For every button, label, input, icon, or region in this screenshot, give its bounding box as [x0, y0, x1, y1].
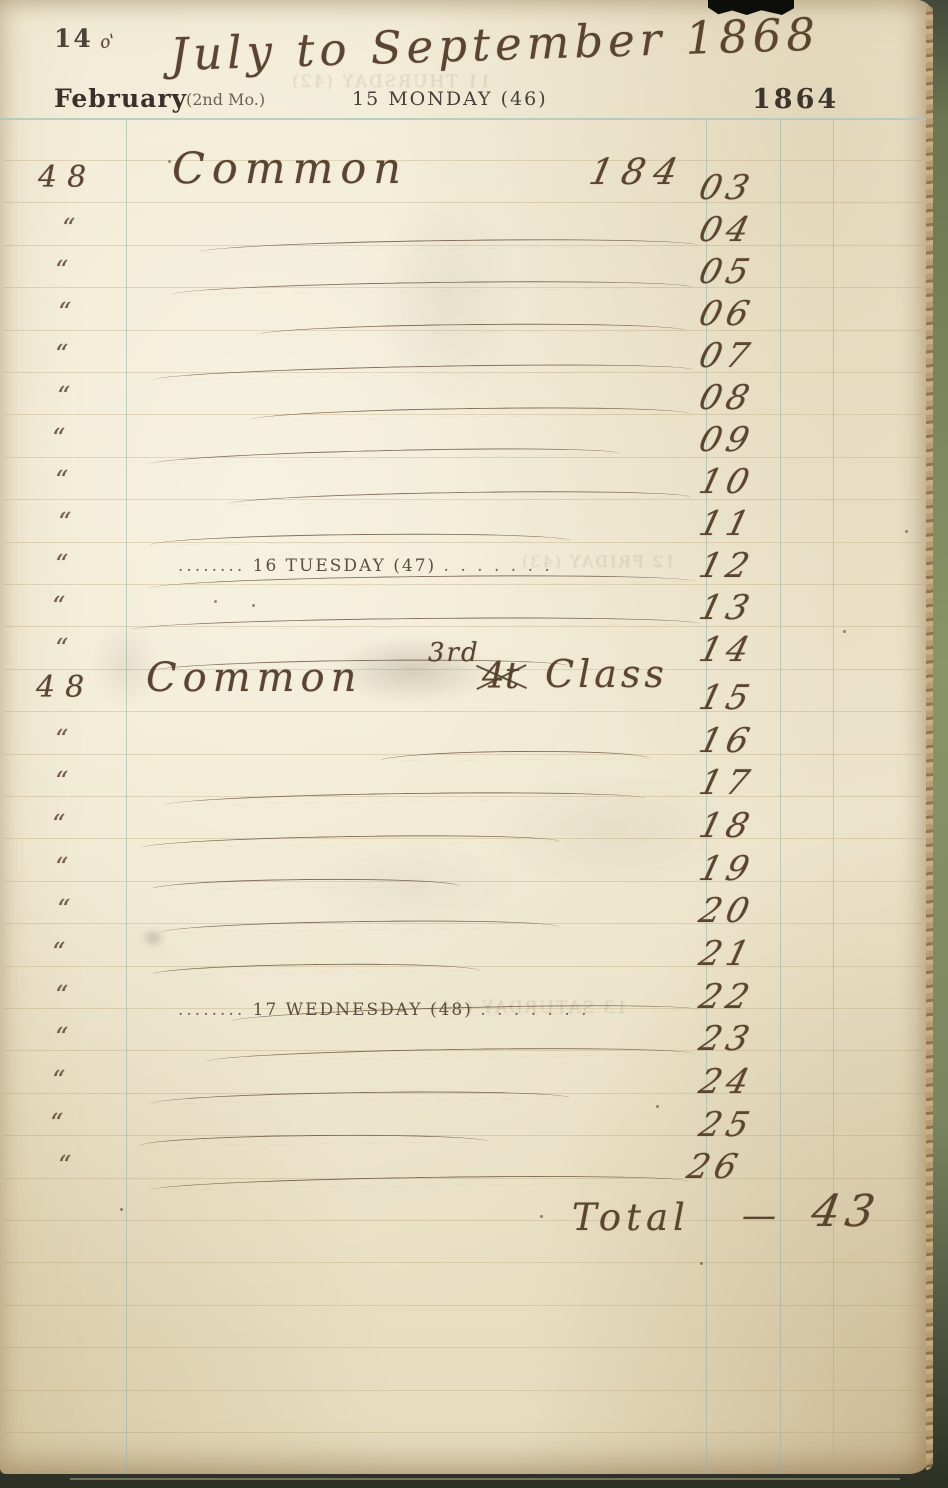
horizontal-rule [4, 1305, 922, 1306]
ink-speck [656, 1105, 659, 1108]
ink-speck [540, 1215, 543, 1218]
ditto-mark: “ [50, 1109, 64, 1139]
ditto-mark: “ [52, 424, 66, 454]
vertical-rule [833, 120, 834, 1474]
ditto-mark: “ [55, 550, 69, 580]
page-number: 14 [54, 24, 93, 53]
bleedthrough-text: 13 SATURDAY (44) [430, 998, 627, 1018]
page-number-pen-mark: o' [98, 31, 117, 54]
total-value: 43 [808, 1186, 885, 1237]
ink-speck [168, 160, 171, 163]
horizontal-rule [4, 1390, 922, 1391]
ink-smudge [480, 770, 740, 890]
book-edge-highlight [70, 1478, 900, 1480]
horizontal-rule [4, 1262, 922, 1263]
ink-speck [843, 630, 846, 633]
entry-ink-stroke [380, 750, 650, 761]
subheader-tuesday-label: 16 TUESDAY (47) [253, 556, 437, 576]
day-number: 16 [695, 721, 758, 761]
day-number: 05 [695, 252, 758, 292]
handwritten-date-range: July to September 1868 [169, 4, 940, 81]
entry-common-first-amount: 184 [586, 152, 690, 193]
page-deckle-edge [926, 6, 933, 1470]
day-number: 07 [695, 336, 758, 376]
ink-speck [214, 600, 217, 603]
entry-common-second-class: Class [545, 652, 668, 696]
bleedthrough-text: 12 FRIDAY (43) [520, 552, 675, 571]
day-number: 11 [695, 504, 758, 544]
day-number: 14 [695, 630, 758, 670]
entry-ink-stroke [250, 405, 690, 420]
ink-speck [700, 1262, 703, 1265]
ditto-mark: “ [52, 938, 66, 968]
header-year: 1864 [752, 84, 839, 115]
subheader-tuesday: ........ 16 TUESDAY (47) . . . . . . . [178, 556, 553, 576]
header-divider-rule [0, 118, 926, 120]
margin-quantity-48: 48 [38, 160, 96, 195]
entry-common-first: Common [172, 144, 408, 194]
day-number: 20 [695, 891, 758, 931]
day-number: 15 [695, 678, 758, 718]
horizontal-rule [4, 160, 922, 161]
day-number: 04 [695, 210, 758, 250]
ink-speck [252, 604, 255, 607]
ink-smudge [300, 840, 520, 930]
horizontal-rule [4, 1347, 922, 1348]
ink-speck [120, 1208, 123, 1211]
margin-quantity-48: 48 [36, 670, 94, 705]
day-number: 22 [695, 977, 758, 1017]
entry-ink-stroke [150, 1089, 570, 1104]
leader-dots: ........ [178, 556, 245, 576]
day-number: 21 [695, 934, 758, 974]
ditto-mark: “ [55, 256, 69, 286]
ditto-mark: “ [58, 1151, 72, 1181]
entry-ink-stroke [150, 962, 480, 975]
total-label: Total [572, 1196, 690, 1239]
ditto-mark: “ [55, 340, 69, 370]
horizontal-rule [4, 1432, 922, 1433]
horizontal-rule [4, 711, 922, 712]
ink-speck [905, 530, 908, 533]
entry-ink-stroke [150, 1173, 690, 1190]
horizontal-rule [4, 1135, 922, 1136]
ink-smudge [330, 635, 495, 705]
ditto-mark: “ [55, 1023, 69, 1053]
ditto-mark: “ [62, 214, 76, 244]
ditto-mark: “ [52, 810, 66, 840]
ditto-mark: “ [55, 767, 69, 797]
day-number: 13 [695, 588, 758, 628]
entry-ink-stroke [150, 532, 570, 545]
ditto-mark: “ [55, 853, 69, 883]
header-month-note: (2nd Mo.) [186, 90, 265, 109]
day-number: 23 [695, 1019, 758, 1059]
ditto-mark: “ [52, 1066, 66, 1096]
ink-smudge [370, 190, 520, 410]
leader-dots: ........ [178, 1000, 245, 1020]
entry-ink-stroke [205, 1045, 695, 1062]
bleedthrough-text: 11 THURSDAY (42) [290, 72, 491, 92]
day-number: 03 [695, 168, 758, 208]
ditto-mark: “ [55, 725, 69, 755]
scanned-diary-page: 14 o' July to September 1868 February (2… [0, 0, 948, 1488]
day-number: 25 [695, 1105, 758, 1145]
ditto-mark: “ [58, 508, 72, 538]
ditto-mark: “ [55, 981, 69, 1011]
day-number: 09 [695, 420, 758, 460]
entry-ink-stroke [225, 488, 690, 504]
horizontal-rule [4, 1220, 922, 1221]
ditto-mark: “ [57, 895, 71, 925]
entry-ink-stroke [150, 445, 620, 465]
day-number: 24 [695, 1062, 758, 1102]
ink-smudge [140, 928, 166, 948]
day-number: 26 [683, 1147, 746, 1187]
day-number: 12 [695, 546, 758, 586]
vertical-rule [126, 120, 127, 1474]
day-number: 08 [695, 378, 758, 418]
ink-smudge [90, 620, 160, 710]
header-month: February [54, 84, 187, 113]
ditto-mark: “ [57, 382, 71, 412]
ditto-mark: “ [55, 634, 69, 664]
ribbon-bookmark [708, 0, 794, 15]
ditto-mark: “ [55, 466, 69, 496]
entry-ink-stroke [130, 615, 700, 630]
ditto-mark: “ [52, 592, 66, 622]
day-number: 06 [695, 294, 758, 334]
diary-page: 14 o' July to September 1868 February (2… [0, 0, 933, 1474]
day-number: 10 [695, 462, 758, 502]
total-dash: — [742, 1196, 776, 1236]
ditto-mark: “ [58, 298, 72, 328]
vertical-rule [780, 120, 781, 1474]
